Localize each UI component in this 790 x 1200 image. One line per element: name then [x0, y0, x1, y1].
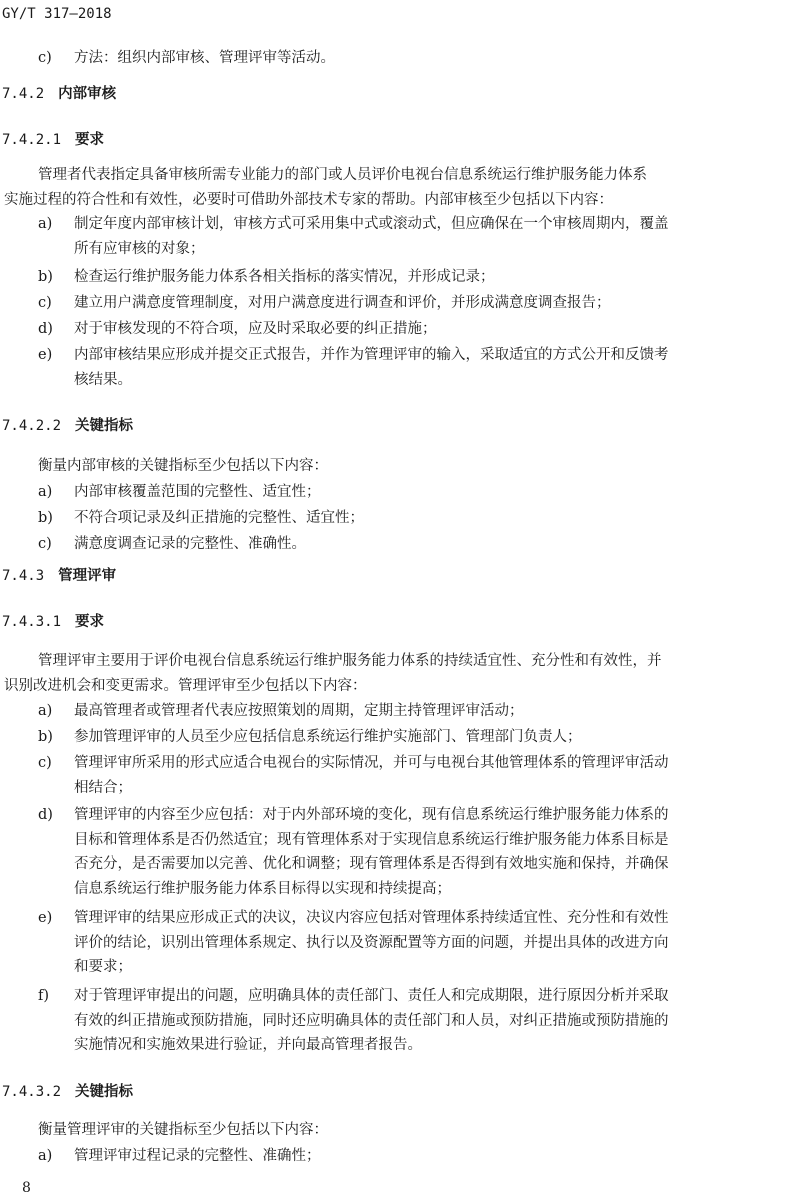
paragraph: 衡量管理评审的关键指标至少包括以下内容： — [4, 1118, 788, 1143]
section-heading-7-4-2-2: 7.4.2.2关键指标 — [2, 414, 133, 435]
section-heading-7-4-2: 7.4.2内部审核 — [2, 82, 116, 103]
paragraph: 衡量内部审核的关键指标至少包括以下内容： — [4, 454, 788, 479]
list-label: c) — [38, 46, 68, 71]
list-text: 方法：组织内部审核、管理评审等活动。 — [74, 46, 335, 71]
section-heading-7-4-3: 7.4.3管理评审 — [2, 564, 116, 585]
section-heading-7-4-2-1: 7.4.2.1要求 — [2, 128, 104, 149]
paragraph: 管理者代表指定具备审核所需专业能力的部门或人员评价电视台信息系统运行维护服务能力… — [4, 163, 788, 212]
page-number: 8 — [22, 1180, 31, 1196]
section-heading-7-4-3-2: 7.4.3.2关键指标 — [2, 1080, 133, 1101]
section-heading-7-4-3-1: 7.4.3.1要求 — [2, 610, 104, 631]
standard-code-header: GY/T 317—2018 — [2, 6, 112, 22]
paragraph: 管理评审主要用于评价电视台信息系统运行维护服务能力体系的持续适宜性、充分性和有效… — [4, 649, 788, 698]
